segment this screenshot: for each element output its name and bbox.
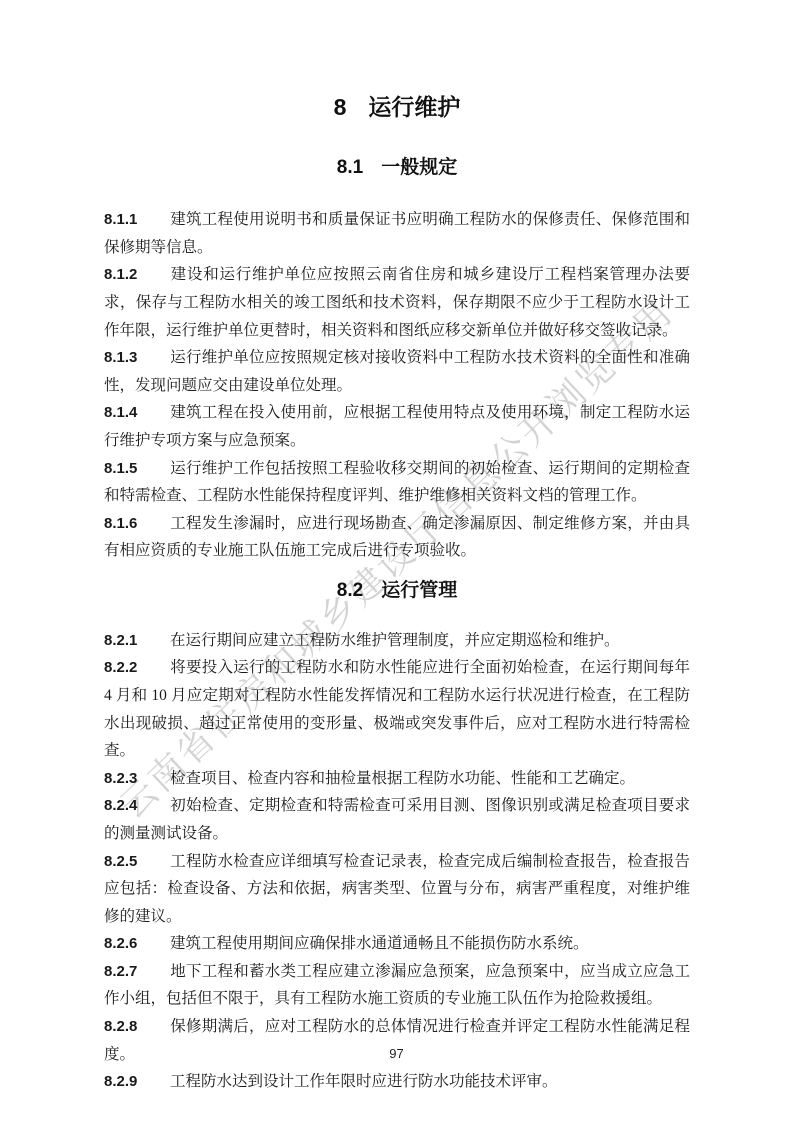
clause: 8.1.4建筑工程在投入使用前，应根据工程使用特点及使用环境，制定工程防水运行维… (104, 399, 690, 454)
clause-number: 8.2.6 (104, 930, 170, 958)
section-number: 8.1 (337, 157, 363, 178)
section-heading-8-2: 8.2运行管理 (104, 580, 690, 603)
clause-text: 运行维护单位应按照规定核对接收资料中工程防水技术资料的全面性和准确性，发现问题应… (104, 349, 690, 394)
clause: 8.1.6工程发生渗漏时，应进行现场勘查、确定渗漏原因、制定维修方案，并由具有相… (104, 510, 690, 565)
clause-number: 8.2.3 (104, 765, 170, 793)
clause-number: 8.2.7 (104, 958, 170, 986)
clause: 8.2.9工程防水达到设计工作年限时应进行防水功能技术评审。 (104, 1068, 690, 1096)
clause-text: 初始检查、定期检查和特需检查可采用目测、图像识别或满足检查项目要求的测量测试设备… (104, 797, 690, 842)
clause-text: 检查项目、检查内容和抽检量根据工程防水功能、性能和工艺确定。 (170, 770, 635, 787)
clause: 8.2.2将要投入运行的工程防水和防水性能应进行全面初始检查，在运行期间每年 4… (104, 654, 690, 764)
clause-number: 8.1.4 (104, 399, 170, 427)
clause: 8.1.2建设和运行维护单位应按照云南省住房和城乡建设厅工程档案管理办法要求，保… (104, 261, 690, 344)
clause-text: 建筑工程使用期间应确保排水通道通畅且不能损伤防水系统。 (170, 935, 589, 952)
clause-text: 工程防水检查应详细填写检查记录表，检查完成后编制检查报告，检查报告应包括：检查设… (104, 853, 690, 925)
chapter-number: 8 (334, 94, 347, 120)
page-content: 8运行维护 8.1一般规定 8.1.1建筑工程使用说明书和质量保证书应明确工程防… (104, 0, 690, 1096)
section-title-text: 运行管理 (381, 580, 457, 601)
section-8-2-clauses: 8.2.1在运行期间应建立工程防水维护管理制度，并应定期巡检和维护。 8.2.2… (104, 627, 690, 1096)
clause-number: 8.2.8 (104, 1013, 170, 1041)
document-page: 云南省住房和城乡建设厅信息公开浏览专用 8运行维护 8.1一般规定 8.1.1建… (0, 0, 793, 1122)
section-number: 8.2 (337, 580, 363, 601)
clause-text: 工程发生渗漏时，应进行现场勘查、确定渗漏原因、制定维修方案，并由具有相应资质的专… (104, 515, 690, 560)
clause: 8.2.6建筑工程使用期间应确保排水通道通畅且不能损伤防水系统。 (104, 930, 690, 958)
clause-number: 8.1.1 (104, 206, 170, 234)
clause-text: 运行维护工作包括按照工程验收移交期间的初始检查、运行期间的定期检查和特需检查、工… (104, 460, 690, 505)
clause-text: 工程防水达到设计工作年限时应进行防水功能技术评审。 (170, 1073, 558, 1090)
clause-number: 8.2.5 (104, 848, 170, 876)
clause: 8.2.5工程防水检查应详细填写检查记录表，检查完成后编制检查报告，检查报告应包… (104, 848, 690, 931)
page-number: 97 (0, 1046, 793, 1061)
clause: 8.2.7地下工程和蓄水类工程应建立渗漏应急预案，应急预案中，应当成立应急工作小… (104, 958, 690, 1013)
clause-text: 建筑工程使用说明书和质量保证书应明确工程防水的保修责任、保修范围和保修期等信息。 (104, 211, 690, 256)
clause: 8.2.3检查项目、检查内容和抽检量根据工程防水功能、性能和工艺确定。 (104, 765, 690, 793)
clause-number: 8.2.4 (104, 792, 170, 820)
section-heading-8-1: 8.1一般规定 (104, 157, 690, 180)
clause-text: 将要投入运行的工程防水和防水性能应进行全面初始检查，在运行期间每年 4 月和 1… (104, 659, 690, 759)
clause-number: 8.2.2 (104, 654, 170, 682)
clause: 8.1.1建筑工程使用说明书和质量保证书应明确工程防水的保修责任、保修范围和保修… (104, 206, 690, 261)
section-8-1-clauses: 8.1.1建筑工程使用说明书和质量保证书应明确工程防水的保修责任、保修范围和保修… (104, 206, 690, 565)
clause-number: 8.1.2 (104, 261, 170, 289)
section-title-text: 一般规定 (381, 157, 457, 178)
clause: 8.1.5运行维护工作包括按照工程验收移交期间的初始检查、运行期间的定期检查和特… (104, 455, 690, 510)
clause-text: 地下工程和蓄水类工程应建立渗漏应急预案，应急预案中，应当成立应急工作小组，包括但… (104, 963, 690, 1008)
clause-number: 8.2.9 (104, 1068, 170, 1096)
clause-number: 8.2.1 (104, 627, 170, 655)
chapter-title-text: 运行维护 (368, 94, 460, 120)
clause-number: 8.1.5 (104, 455, 170, 483)
clause-text: 在运行期间应建立工程防水维护管理制度，并应定期巡检和维护。 (170, 632, 620, 649)
chapter-title: 8运行维护 (104, 94, 690, 120)
clause: 8.2.1在运行期间应建立工程防水维护管理制度，并应定期巡检和维护。 (104, 627, 690, 655)
clause-number: 8.1.3 (104, 344, 170, 372)
clause-text: 建设和运行维护单位应按照云南省住房和城乡建设厅工程档案管理办法要求，保存与工程防… (104, 266, 690, 338)
clause: 8.1.3运行维护单位应按照规定核对接收资料中工程防水技术资料的全面性和准确性，… (104, 344, 690, 399)
clause-number: 8.1.6 (104, 510, 170, 538)
clause: 8.2.4初始检查、定期检查和特需检查可采用目测、图像识别或满足检查项目要求的测… (104, 792, 690, 847)
clause-text: 建筑工程在投入使用前，应根据工程使用特点及使用环境，制定工程防水运行维护专项方案… (104, 404, 690, 449)
